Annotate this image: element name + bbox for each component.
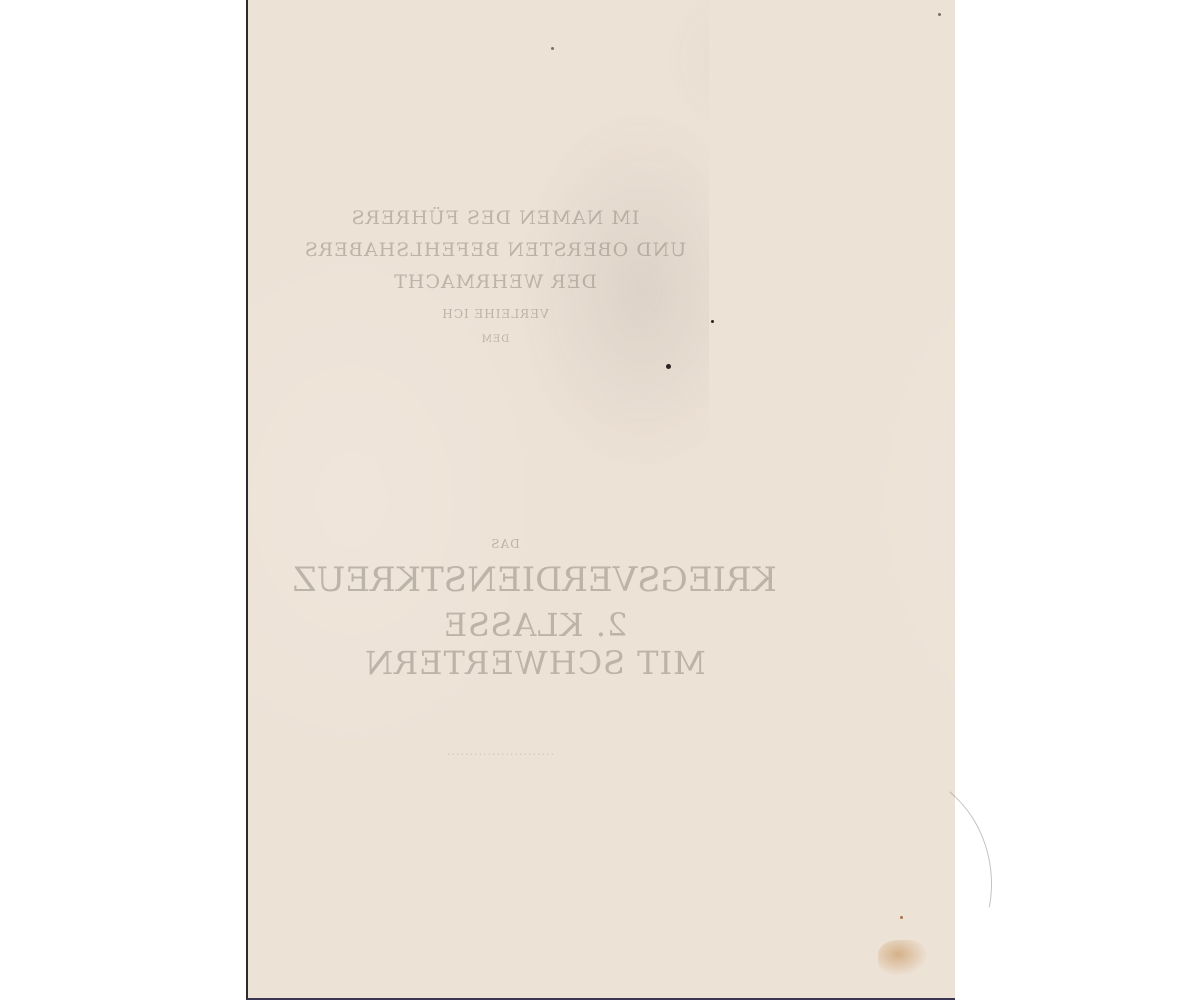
ink-speck bbox=[551, 47, 554, 50]
mirrored-line-dotted: ........................ bbox=[0, 745, 1200, 758]
mirrored-line-im-namen: IM NAMEN DES FÜHRERS bbox=[0, 207, 1200, 229]
mirrored-line-dem: DEM bbox=[0, 334, 1200, 345]
ink-speck bbox=[711, 320, 714, 323]
ink-speck bbox=[938, 13, 941, 16]
mirrored-line-verleihe: VERLEIHE ICH bbox=[0, 307, 1200, 321]
paper-stain bbox=[878, 940, 928, 976]
mirrored-line-obersten: UND OBERSTEN BEFEHLSHABERS bbox=[0, 239, 1200, 261]
mirrored-line-wehrmacht: DER WEHRMACHT bbox=[0, 271, 1200, 293]
mirrored-line-swords: MIT SCHWERTERN bbox=[0, 644, 1200, 682]
document-sheet bbox=[246, 0, 955, 1000]
ink-speck bbox=[666, 364, 671, 369]
mirrored-line-award-title: KRIEGSVERDIENSTKREUZ bbox=[0, 560, 1200, 600]
mirrored-line-das: DAS bbox=[0, 537, 1200, 551]
mirrored-line-class: 2. KLASSE bbox=[0, 606, 1200, 644]
ink-speck bbox=[900, 916, 903, 919]
